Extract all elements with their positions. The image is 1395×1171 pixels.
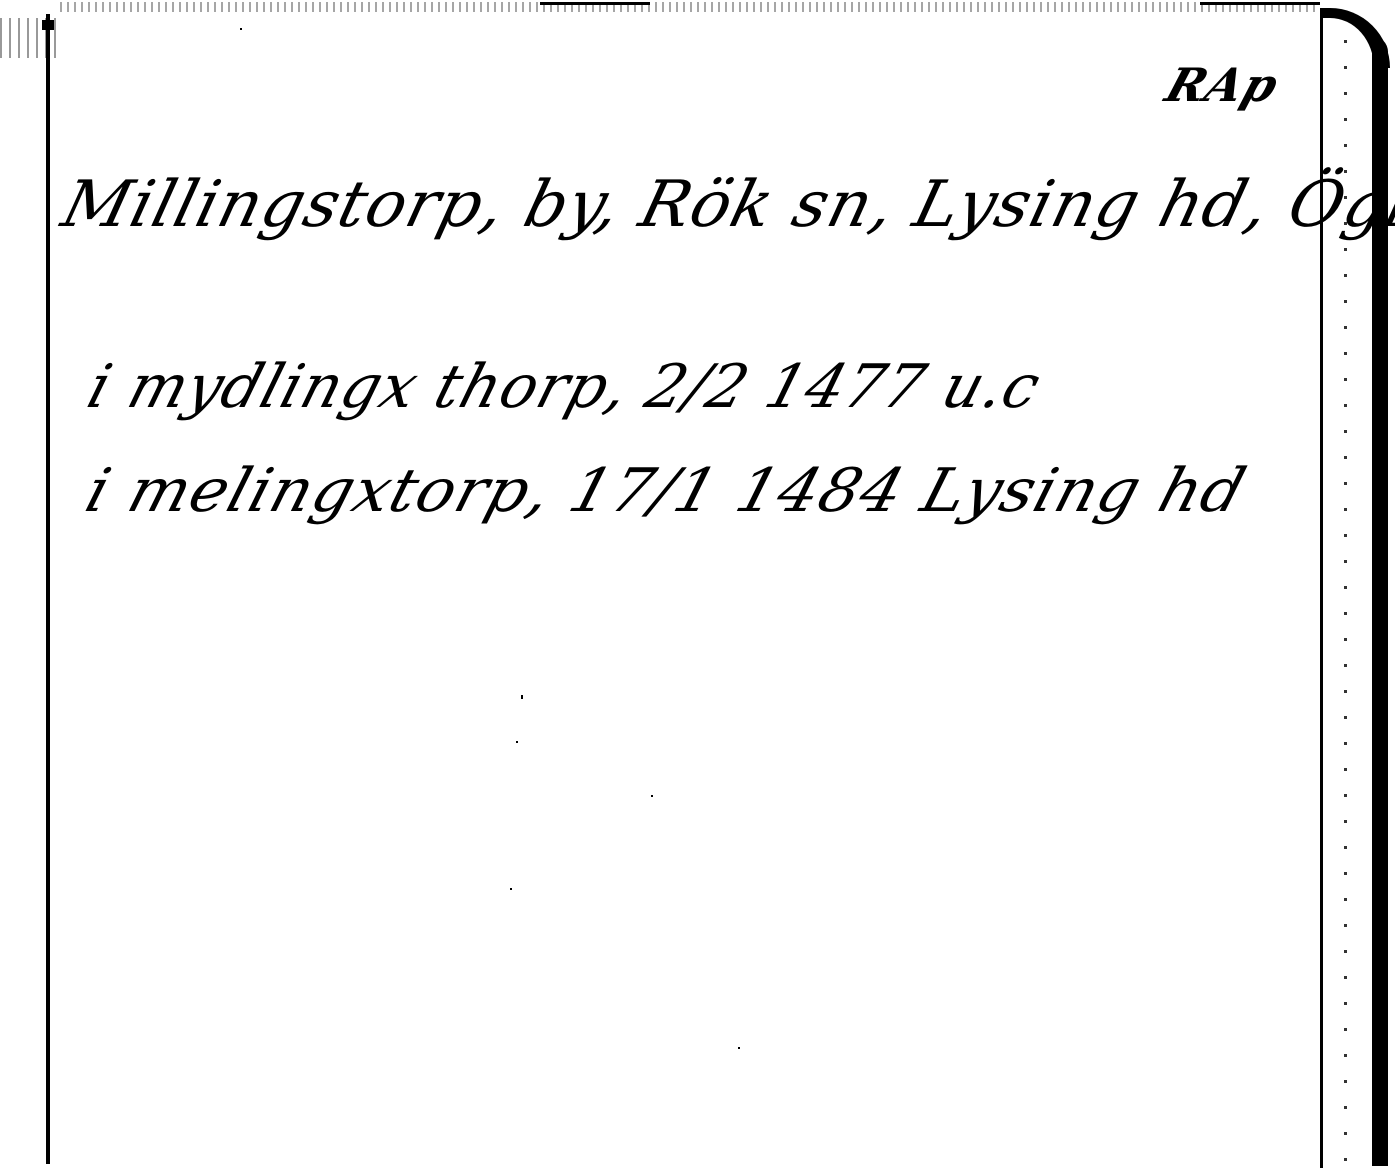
scan-speck <box>651 795 653 797</box>
scan-speck <box>521 695 523 699</box>
reference-line-2: i melingxtorp, 17/1 1484 Lysing hd <box>78 456 1254 526</box>
card-left-border <box>46 14 50 1164</box>
reference-line-1: i mydlingx thorp, 2/2 1477 u.c <box>80 352 1049 422</box>
card-top-edge-segment <box>1200 2 1320 5</box>
signum: RAp <box>1159 58 1286 112</box>
card-top-edge <box>60 2 1320 12</box>
scan-speck <box>240 28 242 30</box>
entry-heading: Millingstorp, by, Rök sn, Lysing hd, Ögl… <box>55 168 1395 242</box>
scan-speck <box>516 741 518 743</box>
card-top-edge-segment <box>540 2 650 5</box>
scan-speck <box>738 1047 740 1049</box>
scan-speck <box>510 888 512 890</box>
index-card: RAp Millingstorp, by, Rök sn, Lysing hd,… <box>0 0 1395 1171</box>
card-corner-top-right <box>1320 8 1390 68</box>
